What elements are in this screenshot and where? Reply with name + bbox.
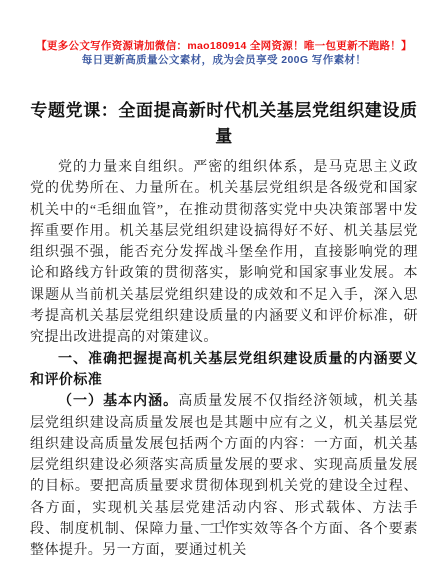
body-paragraph-2: （一）基本内涵。高质量发展不仅指经济领域，机关基层党组织建设高质量发展也是其题中… <box>30 391 418 561</box>
paragraph-2-lead: （一）基本内涵。 <box>58 394 178 409</box>
paragraph-2-text: 高质量发展不仅指经济领域，机关基层党组织建设高质量发展也是其题中应有之义，机关基… <box>30 394 418 558</box>
document-page: 【更多公文写作资源请加微信：mao180914 全网资源！唯一包更新不跑路！】 … <box>0 0 448 580</box>
promo-banner: 【更多公文写作资源请加微信：mao180914 全网资源！唯一包更新不跑路！】 … <box>0 0 448 67</box>
page-title: 专题党课：全面提高新时代机关基层党组织建设质量 <box>22 98 426 150</box>
section-heading-1: 一、准确把握提高机关基层党组织建设质量的内涵要义和评价标准 <box>30 349 418 392</box>
promo-line-2: 每日更新高质量公文素材，成为会员享受 200G 写作素材！ <box>0 53 448 67</box>
promo-line-1: 【更多公文写作资源请加微信：mao180914 全网资源！唯一包更新不跑路！】 <box>0 40 448 53</box>
document-body: 党的力量来自组织。严密的组织体系，是马克思主义政党的优势所在、力量所在。机关基层… <box>30 157 418 562</box>
page-number: — 1 — <box>0 516 448 531</box>
body-paragraph-1: 党的力量来自组织。严密的组织体系，是马克思主义政党的优势所在、力量所在。机关基层… <box>30 157 418 349</box>
